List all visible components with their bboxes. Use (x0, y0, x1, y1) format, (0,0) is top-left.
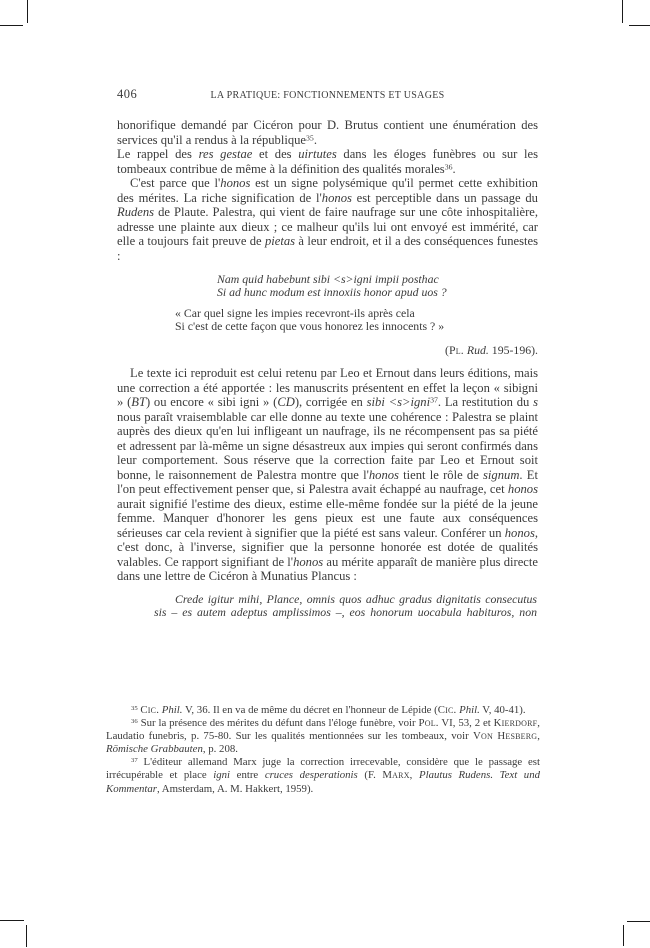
scanned-book-page: 406 LA PRATIQUE: FONCTIONNEMENTS ET USAG… (0, 0, 650, 948)
paragraph-polysemique: C'est parce que l'honos est un signe pol… (117, 176, 538, 263)
citation-plautus: (Pl. Rud. 195-196). (117, 343, 538, 358)
latin-quote-cicero: Crede igitur mihi, Plance, omnis quos ad… (154, 593, 537, 620)
crop-mark-top-left-horizontal (0, 25, 23, 26)
crop-mark-top-right-vertical (622, 0, 623, 23)
running-header: LA PRATIQUE: FONCTIONNEMENTS ET USAGES (117, 90, 538, 101)
paragraph-texte-reproduit: Le texte ici reproduit est celui retenu … (117, 366, 538, 584)
footnotes-block: 35 Cic. Phil. V, 36. Il en va de même du… (106, 704, 540, 796)
crop-mark-top-right-horizontal (629, 25, 650, 26)
footnote-36: 36 Sur la présence des mérites du défunt… (106, 717, 540, 756)
paragraph-rappel: Le rappel des res gestae et des uirtutes… (117, 147, 538, 176)
crop-mark-bottom-left-vertical (26, 925, 27, 947)
crop-mark-top-left-vertical (27, 0, 28, 23)
main-text-block: honorifique demandé par Cicéron pour D. … (117, 118, 538, 619)
crop-mark-bottom-left-horizontal (0, 920, 24, 921)
crop-mark-bottom-right-horizontal (627, 921, 650, 922)
footnote-35: 35 Cic. Phil. V, 36. Il en va de même du… (106, 704, 540, 717)
french-translation: « Car quel signe les impies recevront-il… (175, 307, 538, 334)
paragraph-honorifique: honorifique demandé par Cicéron pour D. … (117, 118, 538, 147)
latin-quote-plautus: Nam quid habebunt sibi <s>igni impii pos… (217, 273, 538, 300)
crop-mark-bottom-right-vertical (623, 925, 624, 946)
footnote-37: 37 L'éditeur allemand Marx juge la corre… (106, 756, 540, 795)
